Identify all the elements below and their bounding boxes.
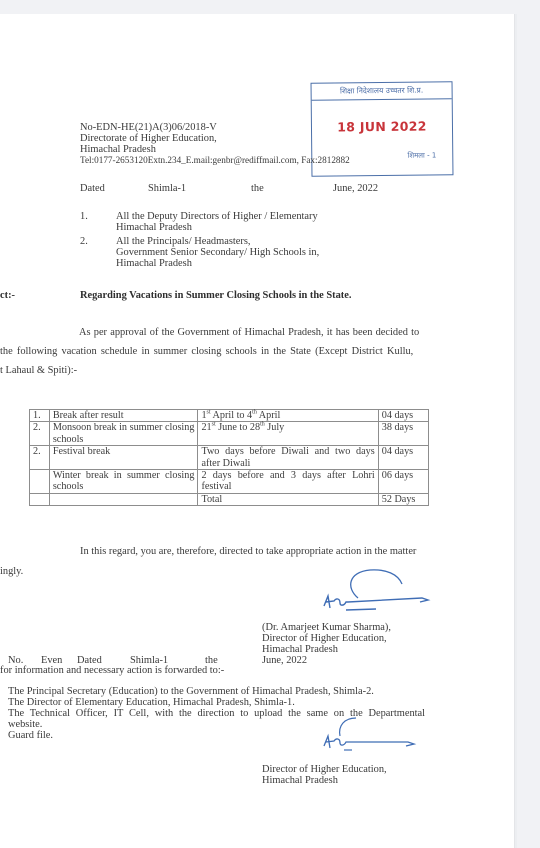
vacation-item: Winter break in summer closing schools [49,470,198,494]
recipient-line: Guard file. [8,730,53,742]
endorse-intro: for information and necessary action is … [0,665,224,677]
vacation-item [49,493,198,505]
recipient-line: The Principal Secretary (Education) to t… [8,686,374,698]
table-row: 2.Monsoon break in summer closing school… [30,422,429,446]
vacation-duration: 04 days [378,446,428,470]
row-number [30,493,50,505]
office-state: Himachal Pradesh [80,144,156,156]
table-row: 1.Break after result1st April to 4th Apr… [30,410,429,422]
vacation-period: Two days before Diwali and two days afte… [198,446,378,470]
body-line: the following vacation schedule in summe… [0,346,413,358]
dated-the: the [251,183,264,195]
signatory-state: Himachal Pradesh [262,644,338,656]
office-name: Directorate of Higher Education, [80,133,217,145]
dated-date: June, 2022 [333,183,378,195]
subject-label: ct:- [0,290,15,302]
addressee-line: All the Principals/ Headmasters, [116,236,250,248]
footer-state: Himachal Pradesh [262,775,338,787]
signatory-name: (Dr. Amarjeet Kumar Sharma), [262,622,391,634]
addressee-line: Himachal Pradesh [116,258,192,270]
vacation-period: Total [198,493,378,505]
vacation-table: 1.Break after result1st April to 4th Apr… [29,409,429,506]
signatory-designation: Director of Higher Education, [262,633,387,645]
addressee-number: 1. [80,211,88,223]
signatory-date: June, 2022 [262,655,307,667]
vacation-period: 21st June to 28th July [198,422,378,446]
vacation-item: Break after result [49,410,198,422]
row-number: 2. [30,422,50,446]
recipient-line: website. [8,719,42,731]
row-number [30,470,50,494]
signature-icon [318,566,438,618]
addressee-line: Government Senior Secondary/ High School… [116,247,319,259]
vacation-duration: 38 days [378,422,428,446]
stamp-date: 18 JUN 2022 [312,118,452,134]
recipient-line: The Director of Elementary Education, Hi… [8,697,295,709]
vacation-period: 2 days before and 3 days after Lohri fes… [198,470,378,494]
signature-icon [318,714,428,756]
stamp-place: शिमला - 1 [407,151,436,160]
vacation-duration: 04 days [378,410,428,422]
dated-label: Dated [80,183,105,195]
dated-place: Shimla-1 [148,183,186,195]
vacation-item: Festival break [49,446,198,470]
contact-line: Tel:0177-2653120Extn.234_E.mail:genbr@re… [80,155,350,167]
table-row: Winter break in summer closing schools2 … [30,470,429,494]
body-line: t Lahaul & Spiti):- [0,365,77,377]
stamp-header: शिक्षा निदेशालय उच्चतर शि.प्र. [312,82,452,100]
subject-text: Regarding Vacations in Summer Closing Sc… [80,290,351,302]
row-number: 1. [30,410,50,422]
addressee-line: Himachal Pradesh [116,222,192,234]
closing-line: In this regard, you are, therefore, dire… [80,546,416,558]
vacation-duration: 06 days [378,470,428,494]
addressee-line: All the Deputy Directors of Higher / Ele… [116,211,318,223]
footer-designation: Director of Higher Education, [262,764,387,776]
vacation-item: Monsoon break in summer closing schools [49,422,198,446]
body-line: As per approval of the Government of Him… [79,327,419,339]
vacation-duration: 52 Days [378,493,428,505]
table-row: 2.Festival breakTwo days before Diwali a… [30,446,429,470]
reference-number: No-EDN-HE(21)A(3)06/2018-V [80,122,217,134]
closing-line: ingly. [0,566,23,578]
table-row: Total52 Days [30,493,429,505]
row-number: 2. [30,446,50,470]
document-page: शिक्षा निदेशालय उच्चतर शि.प्र. 18 JUN 20… [0,14,514,848]
vacation-period: 1st April to 4th April [198,410,378,422]
addressee-number: 2. [80,236,88,248]
